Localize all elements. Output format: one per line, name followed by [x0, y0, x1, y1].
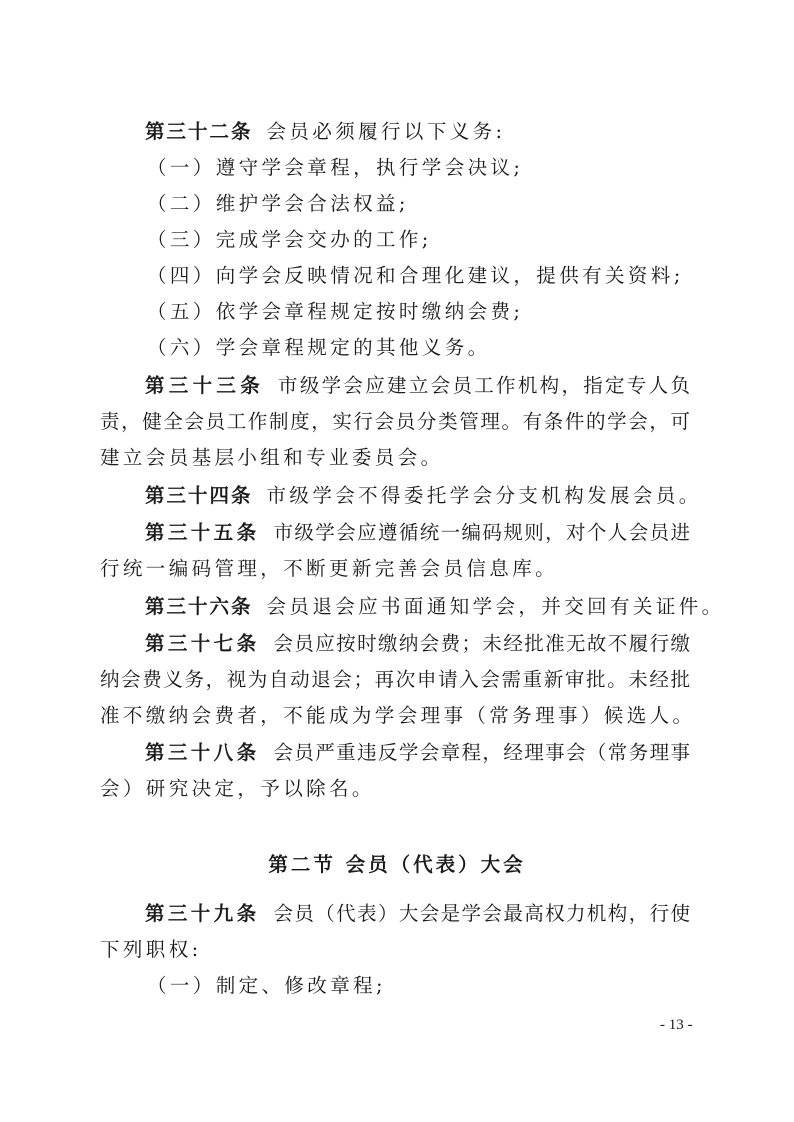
article-37-line-1: 第三十七条会员应按时缴纳会费；未经批准无故不履行缴 — [145, 626, 690, 662]
article-34-line-1: 第三十四条市级学会不得委托学会分支机构发展会员。 — [145, 478, 745, 514]
paragraph-line: 行统一编码管理，不断更新完善会员信息库。 — [100, 551, 700, 587]
article-35-line-1: 第三十五条市级学会应遵循统一编码规则，对个人会员进 — [145, 515, 690, 551]
article-33-line-1: 第三十三条市级学会应建立会员工作机构，指定专人负 — [145, 368, 690, 404]
list-item: （二）维护学会合法权益; — [147, 186, 747, 222]
article-number: 第三十四条 — [145, 484, 253, 507]
list-item: （一）遵守学会章程，执行学会决议; — [147, 150, 747, 186]
article-number: 第三十六条 — [145, 595, 253, 618]
paragraph-line: 准不缴纳会费者，不能成为学会理事（常务理事）候选人。 — [100, 698, 700, 734]
list-item: （四）向学会反映情况和合理化建议，提供有关资料; — [147, 258, 747, 294]
paragraph-line: 会）研究决定，予以除名。 — [100, 771, 700, 807]
list-item: （三）完成学会交办的工作; — [147, 222, 747, 258]
article-number: 第三十八条 — [145, 741, 259, 764]
document-page: 第三十二条会员必须履行以下义务: （一）遵守学会章程，执行学会决议; （二）维护… — [0, 0, 794, 1122]
section-title: 第二节 会员（代表）大会 — [0, 847, 794, 883]
article-36-line-1: 第三十六条会员退会应书面通知学会，并交回有关证件。 — [145, 589, 745, 625]
article-number: 第三十九条 — [145, 902, 259, 925]
article-number: 第三十二条 — [145, 120, 253, 143]
list-item: （五）依学会章程规定按时缴纳会费; — [147, 294, 747, 330]
article-39-line-1: 第三十九条会员（代表）大会是学会最高权力机构，行使 — [145, 896, 690, 932]
page-number: - 13 - — [660, 1017, 693, 1034]
list-item: （一）制定、修改章程; — [147, 968, 747, 1004]
paragraph-line: 纳会费义务，视为自动退会；再次申请入会需重新审批。未经批 — [100, 662, 690, 698]
list-item: （六）学会章程规定的其他义务。 — [147, 330, 747, 366]
paragraph-line: 建立会员基层小组和专业委员会。 — [100, 440, 700, 476]
article-number: 第三十五条 — [145, 521, 259, 544]
article-38-line-1: 第三十八条会员严重违反学会章程，经理事会（常务理事 — [145, 735, 690, 771]
paragraph-line: 下列职权: — [100, 932, 700, 968]
article-number: 第三十三条 — [145, 374, 264, 397]
article-number: 第三十七条 — [145, 632, 259, 655]
paragraph-line: 责，健全会员工作制度，实行会员分类管理。有条件的学会，可 — [100, 404, 690, 440]
article-32-line-1: 第三十二条会员必须履行以下义务: — [145, 114, 745, 150]
